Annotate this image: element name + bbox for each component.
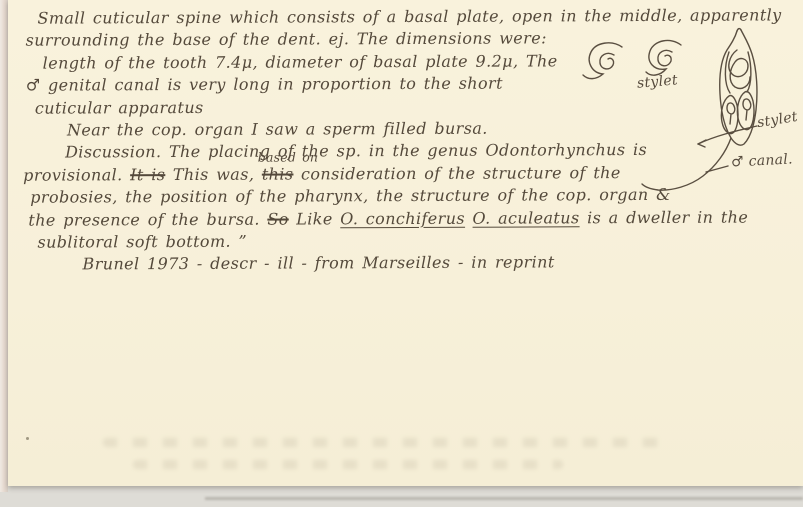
underlying-card-edge [205,497,803,500]
handwritten-line-9: probosies, the position of the pharynx, … [30,184,797,210]
handwritten-line-1: Small cuticular spine which consists of … [37,4,796,30]
male-canal-label: ♂ canal. [731,151,794,170]
line-8-text-c: consideration of the structure of the [293,163,620,183]
note-text: Small cuticular spine which consists of … [25,4,797,276]
line-10-text-a: the presence of the bursa. [28,209,267,229]
handwritten-line-11: sublitoral soft bottom. ” [37,228,797,254]
handwritten-line-6: Near the cop. organ I saw a sperm filled… [67,116,797,142]
handwritten-line-4: ♂ genital canal is very long in proporti… [26,72,797,98]
handwritten-line-5: cuticular apparatus [35,94,797,120]
underlined-species-name: O. aculeatus [472,208,579,227]
line-10-text-b: Like [289,209,341,228]
line-8-text-a: provisional. [23,165,130,184]
handwritten-correction: based onthis [262,163,294,186]
handwritten-line-2: surrounding the base of the dent. ej. Th… [26,27,797,53]
citation-line: Brunel 1973 - descr - ill - from Marseil… [82,251,797,277]
ink-bleedthrough [103,438,663,447]
handwritten-line-7: Discussion. The placing of the sp. in th… [65,139,797,165]
struck-out-text: this [262,164,294,183]
struck-out-text: So [267,209,288,228]
scan-page: Small cuticular spine which consists of … [0,0,803,507]
handwritten-line-10: the presence of the bursa. So Like O. co… [28,206,797,232]
underlined-species-name: O. conchiferus [340,208,465,228]
ink-bleedthrough [133,460,563,469]
handwritten-line-8: provisional. It is This was, based onthi… [23,161,797,187]
ink-speck [26,437,29,440]
struck-out-text: It is [130,165,165,184]
line-10-text-d: is a dweller in the [580,207,749,227]
line-8-text-b: This was, [165,164,262,183]
inserted-text-above-line: based on [258,151,318,163]
handwritten-line-3: length of the tooth 7.4μ, diameter of ba… [43,49,797,75]
index-card: Small cuticular spine which consists of … [8,0,803,486]
